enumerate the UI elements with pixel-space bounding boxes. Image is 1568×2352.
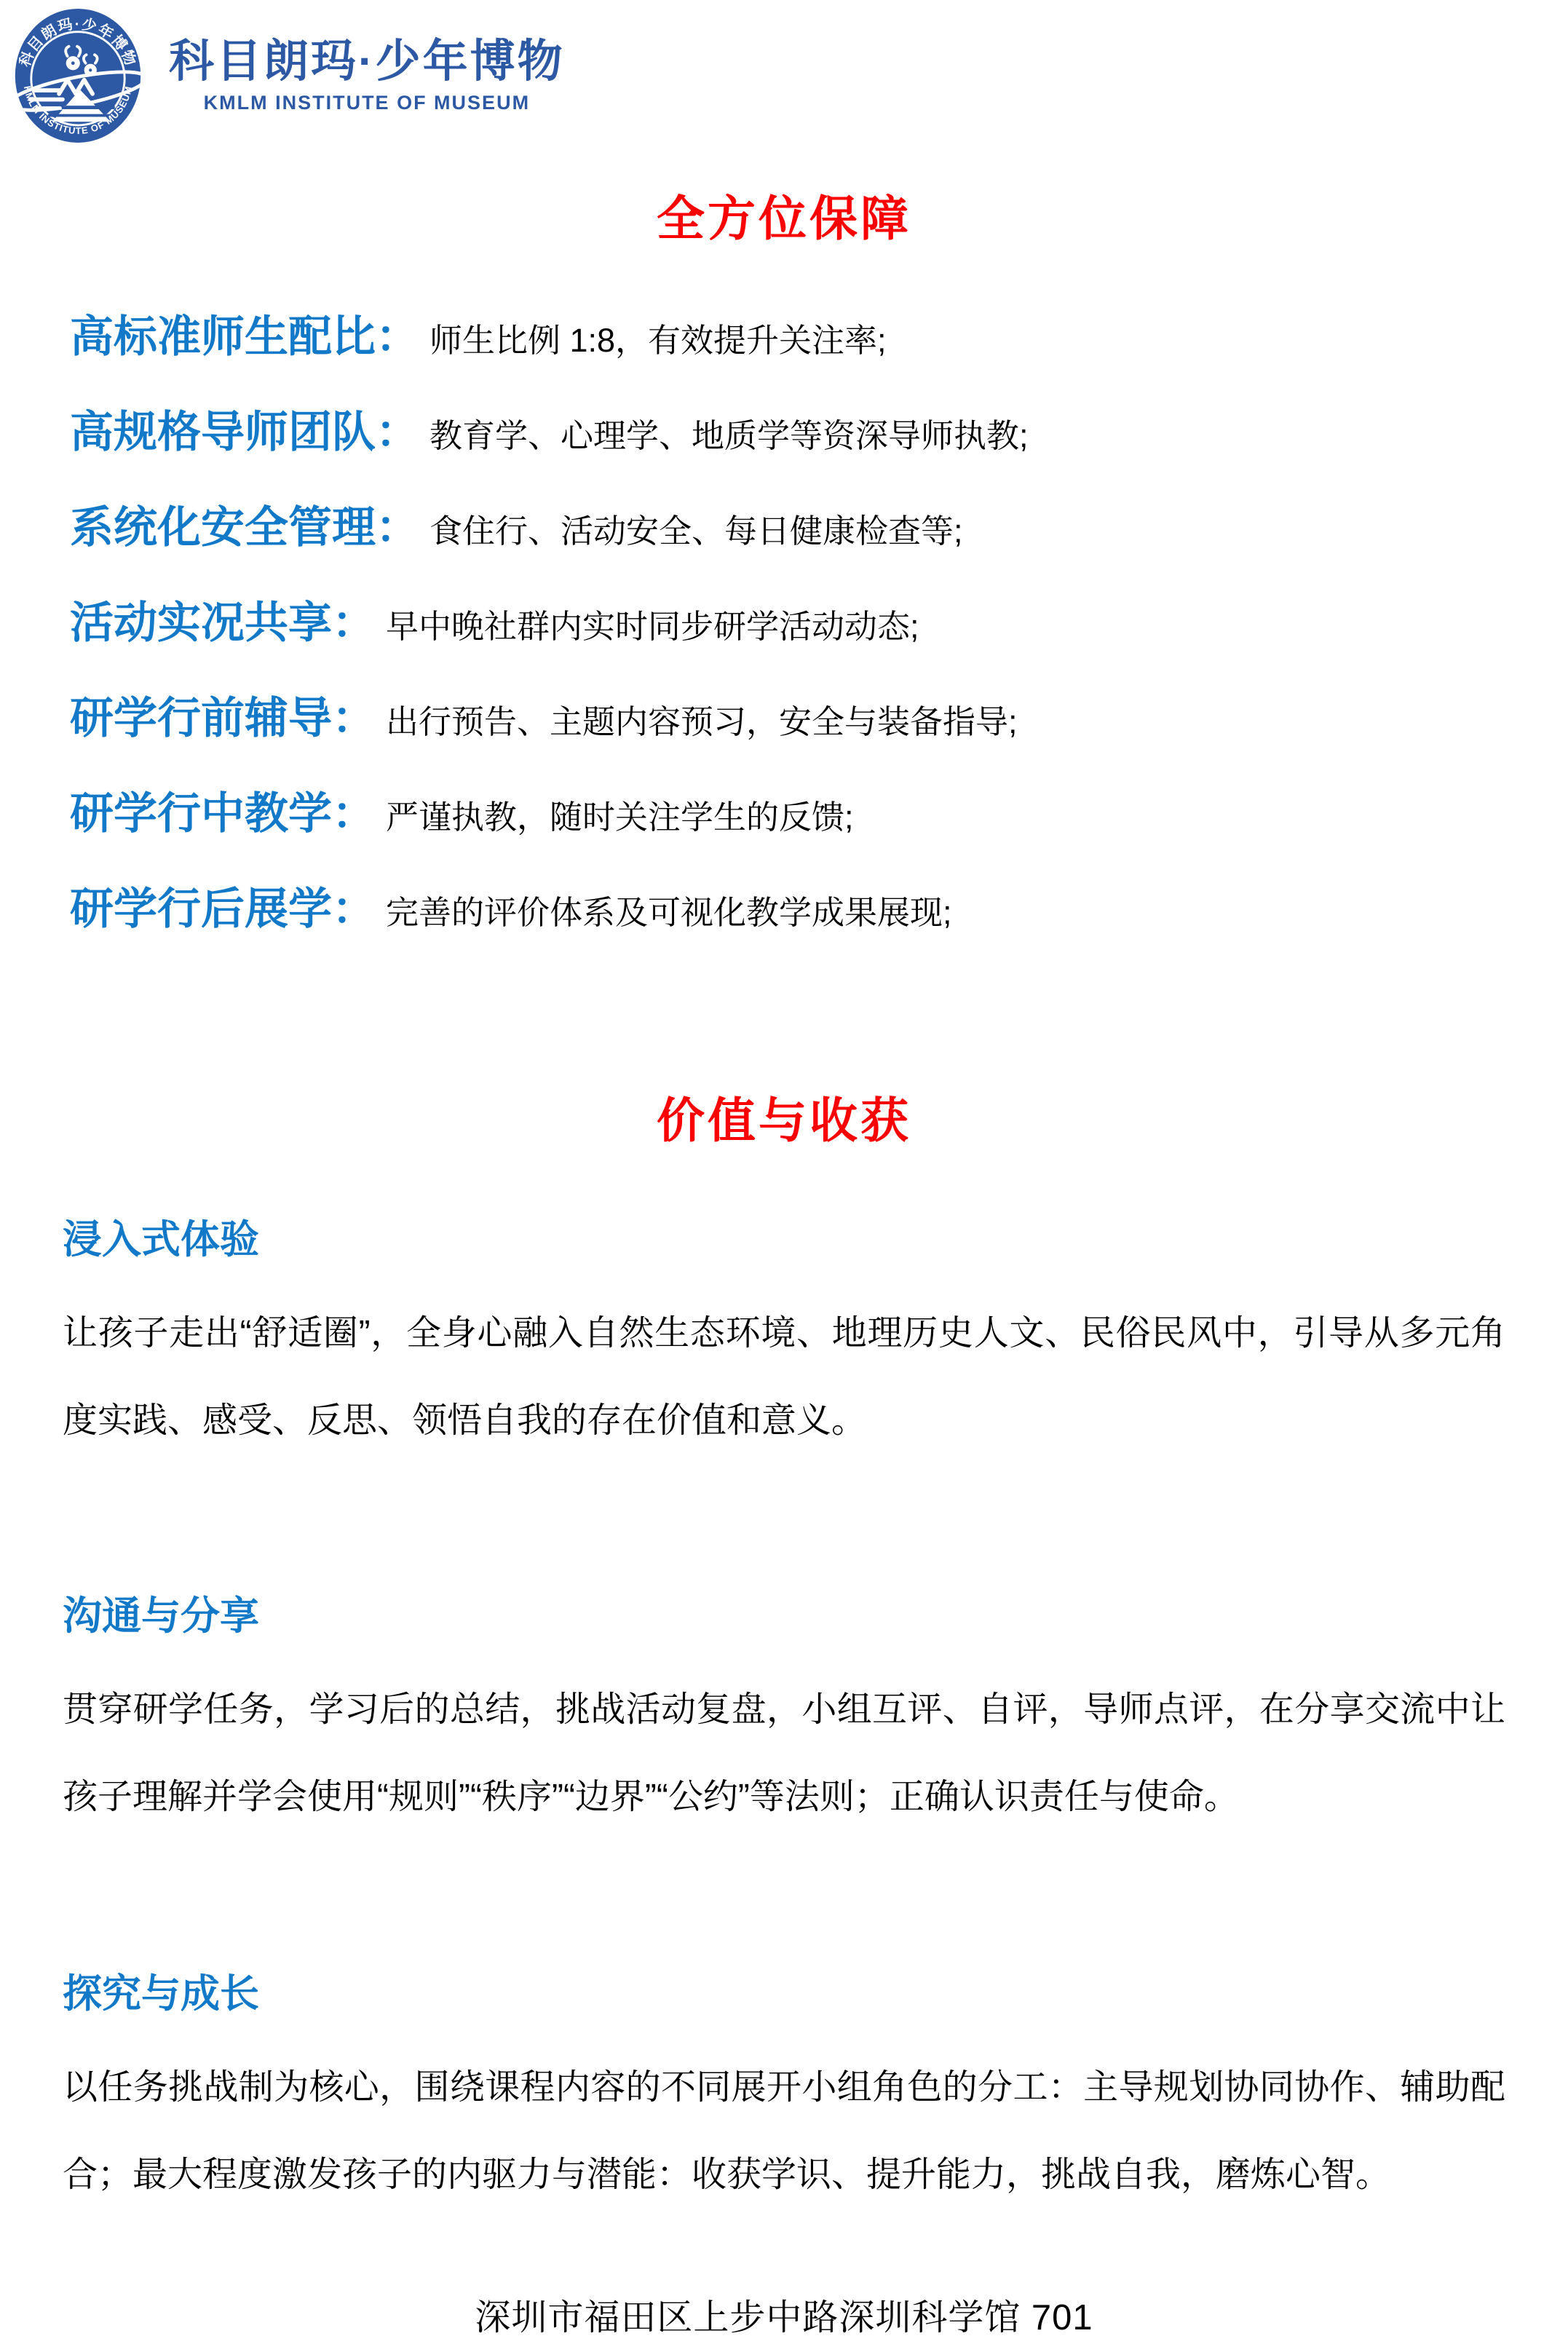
value-block-immersive: 浸入式体验 让孩子走出“舒适圈”，全身心融入自然生态环境、地理历史人文、民俗民风… [0, 1216, 1568, 1465]
guarantee-item-label: 高标准师生配比： [70, 312, 419, 362]
value-block-heading: 沟通与分享 [63, 1593, 1505, 1640]
guarantee-item-pre-trip: 研学行前辅导： 出行预告、主题内容预习，安全与装备指导; [70, 693, 1524, 743]
guarantee-item-desc: 食住行、活动安全、每日健康检查等; [419, 504, 963, 552]
guarantee-item-mentors: 高规格导师团队： 教育学、心理学、地质学等资深导师执教; [70, 407, 1524, 457]
value-block-communication: 沟通与分享 贯穿研学任务，学习后的总结，挑战活动复盘，小组互评、自评，导师点评，… [0, 1593, 1568, 1841]
guarantee-item-live-share: 活动实况共享： 早中晚社群内实时同步研学活动动态; [70, 598, 1524, 648]
guarantee-item-desc: 严谨执教，随时关注学生的反馈; [376, 791, 854, 838]
guarantee-item-desc: 师生比例 1:8，有效提升关注率; [419, 314, 887, 361]
value-block-heading: 探究与成长 [63, 1971, 1505, 2018]
brand-logo-badge-icon: 科目朗玛·少年博物 KMLM INSTITUTE OF MUSEUM [12, 6, 144, 146]
guarantee-item-desc: 出行预告、主题内容预习，安全与装备指导; [376, 695, 1018, 743]
flyer-page: 科目朗玛·少年博物 KMLM INSTITUTE OF MUSEUM 科目朗玛·… [0, 0, 1568, 2352]
guarantee-item-desc: 完善的评价体系及可视化教学成果展现; [376, 886, 952, 933]
guarantee-item-label: 活动实况共享： [70, 598, 376, 648]
brand-wordmark: 科目朗玛·少年博物 [169, 37, 565, 87]
brand-text-block: 科目朗玛·少年博物 KMLM INSTITUTE OF MUSEUM [169, 37, 565, 114]
value-block-heading: 浸入式体验 [63, 1216, 1505, 1264]
guarantee-list: 高标准师生配比： 师生比例 1:8，有效提升关注率; 高规格导师团队： 教育学、… [0, 312, 1568, 934]
guarantee-item-label: 研学行后展学： [70, 884, 376, 934]
value-block-body: 让孩子走出“舒适圈”，全身心融入自然生态环境、地理历史人文、民俗民风中，引导从多… [63, 1290, 1505, 1465]
guarantee-item-ratio: 高标准师生配比： 师生比例 1:8，有效提升关注率; [70, 312, 1524, 362]
value-block-body: 贯穿研学任务，学习后的总结，挑战活动复盘，小组互评、自评，导师点评，在分享交流中… [63, 1666, 1505, 1841]
guarantee-item-desc: 教育学、心理学、地质学等资深导师执教; [419, 409, 1029, 456]
page-footer: 深圳市福田区上步中路深圳科学馆 701 [0, 2289, 1568, 2340]
brand-header: 科目朗玛·少年博物 KMLM INSTITUTE OF MUSEUM 科目朗玛·… [0, 0, 1568, 146]
value-block-exploration: 探究与成长 以任务挑战制为核心，围绕课程内容的不同展开小组角色的分工：主导规划协… [0, 1971, 1568, 2219]
value-block-body: 以任务挑战制为核心，围绕课程内容的不同展开小组角色的分工：主导规划协同协作、辅助… [63, 2044, 1505, 2219]
guarantee-item-safety: 系统化安全管理： 食住行、活动安全、每日健康检查等; [70, 502, 1524, 553]
guarantee-item-desc: 早中晚社群内实时同步研学活动动态; [376, 600, 919, 647]
guarantee-item-label: 研学行前辅导： [70, 693, 376, 743]
brand-subtitle: KMLM INSTITUTE OF MUSEUM [204, 92, 530, 114]
guarantee-item-label: 高规格导师团队： [70, 407, 419, 457]
guarantee-item-label: 研学行中教学： [70, 788, 376, 839]
guarantee-item-in-trip: 研学行中教学： 严谨执教，随时关注学生的反馈; [70, 788, 1524, 839]
footer-address: 深圳市福田区上步中路深圳科学馆 701 [475, 2298, 1093, 2337]
guarantee-item-post-trip: 研学行后展学： 完善的评价体系及可视化教学成果展现; [70, 884, 1524, 934]
section-title-value: 价值与收获 [0, 1091, 1568, 1149]
section-title-guarantee: 全方位保障 [0, 189, 1568, 248]
guarantee-item-label: 系统化安全管理： [70, 502, 419, 553]
